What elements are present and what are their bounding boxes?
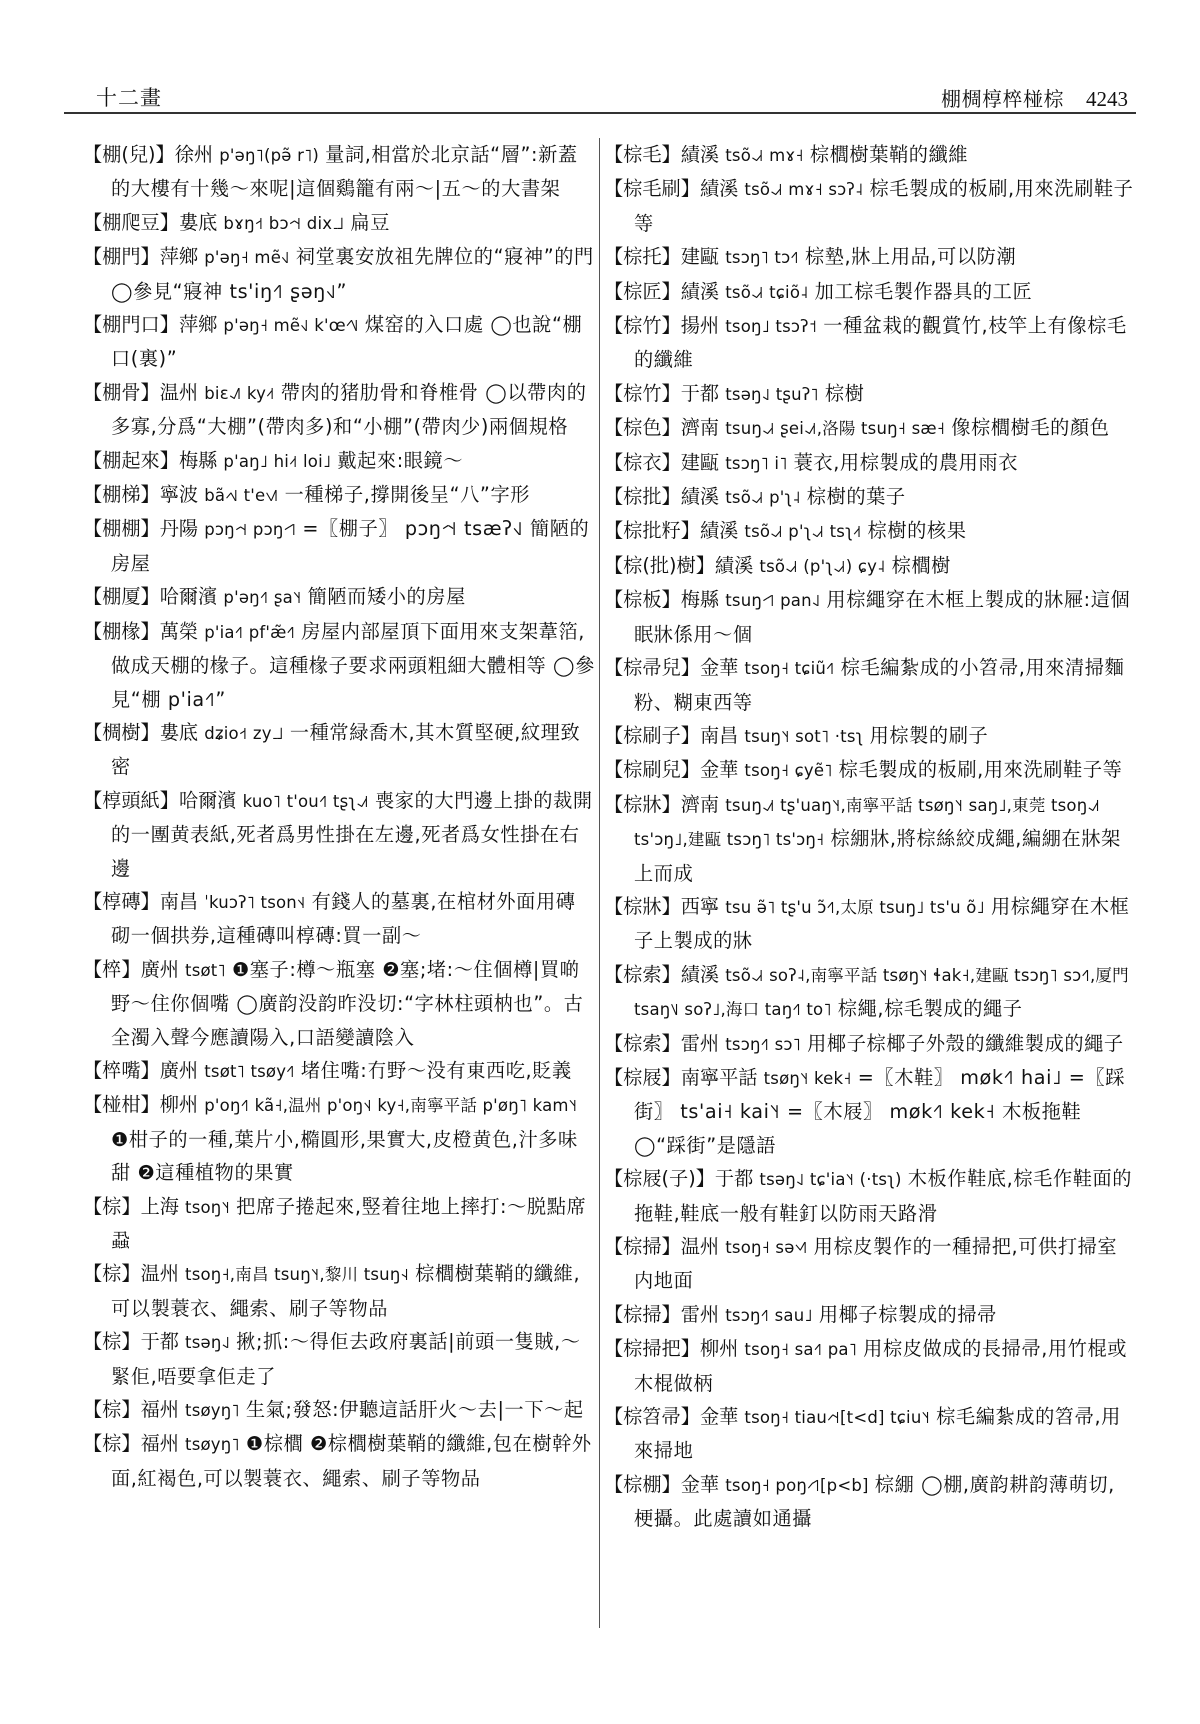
dictionary-entry: 【棕匠】績溪 tsõ˨˩˧ tɕiõ˨ 加工棕毛製作器具的工匠	[604, 275, 1134, 309]
entry-headword: 【棕板】	[604, 588, 681, 611]
entry-pronunciation: tsɔŋ˧˥ sɔ˥	[725, 1035, 801, 1054]
dictionary-entry: 【棕棚】金華 tsoŋ˧ poŋ˨˦˥[p<b] 棕綳 ◯棚,廣韵耕韵薄萌切,梗…	[604, 1468, 1134, 1536]
entry-place: 績溪	[681, 963, 719, 986]
entry-headword: 【棕牀】	[604, 793, 681, 816]
entry-place: 萍鄉	[160, 245, 198, 268]
dictionary-entry: 【棚厦】哈爾濱 p'əŋ˧˥ ʂa˥˧ 簡陋而矮小的房屋	[83, 580, 595, 614]
entry-headword: 【棚(兒)】	[83, 143, 175, 166]
entry-definition: 揪;抓:～得佢去政府裏話|前頭一隻賊,～緊佢,唔要拿佢走了	[111, 1330, 581, 1387]
dictionary-entry: 【棕】福州 tsøyŋ˥ ❶棕櫚 ❷棕櫚樹葉鞘的纖維,包在樹幹外面,紅褐色,可以…	[83, 1427, 595, 1495]
entry-pronunciation: tsoŋ˧ sə˦˨˥	[725, 1238, 807, 1257]
dictionary-entry: 【棕毛】績溪 tsõ˨˩˧ mɤ˧ 棕櫚樹葉鞘的纖維	[604, 138, 1134, 172]
entry-pronunciation: tsøt˥ tsøy˧˥	[204, 1062, 294, 1081]
entry-place: 上海	[141, 1195, 179, 1218]
entry-definition: 棕樹	[825, 382, 865, 405]
entry-place: 金華	[681, 1473, 719, 1496]
dictionary-entry: 【棕索】績溪 tsõ˨˩˧ soʔ˨,南寧平話 tsøŋ˥˧ ɬak˧,建甌 t…	[604, 958, 1134, 1027]
entry-place: 金華	[700, 758, 738, 781]
entry-place: 雷州	[681, 1032, 719, 1055]
entry-definition: 把席子捲起來,竪着往地上摔打:～脱點席蝨	[111, 1195, 586, 1252]
entry-pronunciation: dʑio˧˦ zy˩˩	[204, 724, 283, 743]
entry-headword: 【棕批】	[604, 485, 681, 508]
entry-definition: 棕樹的核果	[868, 519, 967, 542]
entry-pronunciation: tsoŋ˩ tsɔʔ˦	[725, 317, 817, 336]
entry-pronunciation: tsu ə̃˥ tʂ'u ɔ̃˧˥,太原 tsuŋ˩ ts'u õ˩	[725, 898, 985, 917]
entry-headword: 【棚梯】	[83, 483, 160, 506]
entry-place: 績溪	[681, 485, 719, 508]
entry-definition: 一種梯子,撐開後呈“八”字形	[285, 483, 530, 506]
dictionary-entry: 【棕掃】雷州 tsɔŋ˧˥ sau˩ 用椰子棕製成的掃帚	[604, 1298, 1134, 1332]
entry-place: 建甌	[681, 245, 719, 268]
dictionary-entry: 【棕牀】濟南 tsuŋ˨˩˦ tʂ'uaŋ˥˧,南寧平話 tsøŋ˥˧ saŋ˩…	[604, 788, 1134, 890]
entry-definition: ❶棕櫚 ❷棕櫚樹葉鞘的纖維,包在樹幹外面,紅褐色,可以製蓑衣、繩索、刷子等物品	[111, 1432, 592, 1489]
entry-headword: 【椊】	[83, 958, 141, 981]
entry-headword: 【棕屐(子)】	[604, 1167, 715, 1190]
entry-place: 福州	[141, 1398, 179, 1421]
entry-headword: 【棕掃把】	[604, 1337, 700, 1360]
entry-place: 于都	[681, 382, 719, 405]
entry-pronunciation: tsoŋ˧ ɕyẽ˥	[744, 761, 832, 780]
dictionary-entry: 【棕笤帚】金華 tsoŋ˧ tiau˨˦˧[t<d] tɕiu˥˧ 棕毛編紮成的…	[604, 1400, 1134, 1468]
dictionary-entry: 【棕批籽】績溪 tsõ˨˩˧ p'ʅ˨˩˧ tsʅ˨˦ 棕樹的核果	[604, 514, 1134, 548]
entry-headword: 【椪柑】	[83, 1093, 160, 1116]
entry-pronunciation: pɔŋ˧˦˧ pɔŋ˧˦˥	[204, 520, 296, 539]
header-characters: 棚椆椁椊椪棕	[941, 83, 1064, 112]
entry-pronunciation: tsɔŋ˧˥ sau˩	[725, 1306, 812, 1325]
entry-definition: ❶柑子的一種,葉片小,橢圓形,果實大,皮橙黄色,汁多味甜 ❷這種植物的果實	[111, 1128, 578, 1184]
entry-place: 温州	[681, 1235, 719, 1258]
entry-pronunciation: tsøyŋ˥	[185, 1401, 240, 1420]
dictionary-entry: 【棕竹】于都 tsəŋ˨˩ tʂuʔ˥ 棕樹	[604, 377, 1134, 411]
dictionary-entry: 【棕屐(子)】于都 tsəŋ˨˩ tɕ'ia˥˧ (·tsʅ) 木板作鞋底,棕毛…	[604, 1162, 1134, 1230]
entry-headword: 【棕】	[83, 1195, 141, 1218]
entry-definition: 棕櫚樹	[892, 554, 951, 577]
entry-pronunciation: bɤŋ˧˦ bɔ˧˦˧ dix˩˩	[223, 214, 344, 233]
entry-headword: 【棕色】	[604, 416, 681, 439]
entry-place: 濟南	[681, 416, 719, 439]
entry-pronunciation: tsɔŋ˥ i˥	[725, 454, 787, 473]
entry-pronunciation: tsøyŋ˥	[185, 1435, 240, 1454]
entry-definition: 用棕製的刷子	[870, 724, 989, 747]
entry-place: 柳州	[700, 1337, 738, 1360]
entry-pronunciation: tsɔŋ˥ tɔ˧˥	[725, 248, 799, 267]
dictionary-entry: 【椁頭紙】哈爾濱 kuo˥ t'ou˧˥ tʂʅ˨˩˦ 喪家的大門邊上掛的裁開的…	[83, 784, 595, 885]
entry-headword: 【棕刷子】	[604, 724, 700, 747]
dictionary-entry: 【棕托】建甌 tsɔŋ˥ tɔ˧˥ 棕墊,牀上用品,可以防潮	[604, 240, 1134, 274]
entry-headword: 【棕屐】	[604, 1066, 681, 1089]
dictionary-entry: 【棚梯】寧波 bã˨˦˩ t'e˦˩˥ 一種梯子,撐開後呈“八”字形	[83, 478, 595, 512]
entry-place: 丹陽	[160, 517, 198, 540]
entry-place: 于都	[141, 1330, 179, 1353]
entry-place: 南昌	[160, 890, 198, 913]
dictionary-entry: 【棚椽】萬榮 p'ia˧˥ pf'æ̃˧˥ 房屋内部屋頂下面用來支架葦箔,做成天…	[83, 615, 595, 716]
entry-headword: 【棕掃】	[604, 1235, 681, 1258]
entry-headword: 【棕】	[83, 1262, 141, 1285]
entry-pronunciation: biɛ˨˩˥ ky˨˦	[204, 384, 274, 403]
entry-headword: 【棕(批)樹】	[604, 554, 715, 577]
entry-pronunciation: p'əŋ˧˥ ʂa˥˧	[223, 588, 301, 607]
entry-definition: 用椰子棕椰子外殼的纖維製成的繩子	[807, 1032, 1124, 1055]
entry-pronunciation: p'ia˧˥ pf'æ̃˧˥	[204, 623, 295, 642]
entry-pronunciation: tsəŋ˨˩ tɕ'ia˥˧ (·tsʅ)	[759, 1170, 901, 1189]
entry-definition: 簡陋而矮小的房屋	[308, 585, 466, 608]
entry-pronunciation: tsõ˨˩˧ (p'ʅ˨˩˧) ɕy˨	[759, 557, 885, 576]
dictionary-entry: 【棚棚】丹陽 pɔŋ˧˦˧ pɔŋ˧˦˥ =〖棚子〗 pɔŋ˧˦˧ tsæʔ˧˩…	[83, 512, 595, 580]
dictionary-entry: 【棕索】雷州 tsɔŋ˧˥ sɔ˥ 用椰子棕椰子外殼的纖維製成的繩子	[604, 1027, 1134, 1061]
entry-place: 建甌	[681, 451, 719, 474]
entry-headword: 【棕】	[83, 1432, 141, 1455]
section-label: 十二畫	[96, 82, 162, 112]
entry-place: 寧波	[160, 483, 198, 506]
dictionary-entry: 【椊】廣州 tsøt˥ ❶塞子:樽～瓶塞 ❷塞;堵:～住個樽|買啲野～住你個嘴 …	[83, 953, 595, 1054]
entry-place: 婁底	[160, 721, 198, 744]
page-number: 4243	[1086, 87, 1128, 112]
entry-headword: 【棕牀】	[604, 895, 681, 918]
dictionary-entry: 【椪柑】柳州 p'oŋ˧˥ kã˧,温州 p'oŋ˦˨ ky˧,南寧平話 p'ø…	[83, 1088, 595, 1189]
dictionary-entry: 【棚骨】温州 biɛ˨˩˥ ky˨˦ 帶肉的猪肋骨和脊椎骨 ◯以帶肉的多寡,分爲…	[83, 376, 595, 444]
entry-place: 萬榮	[160, 620, 198, 643]
entry-pronunciation: bã˨˦˩ t'e˦˩˥	[204, 486, 278, 505]
entry-headword: 【棕】	[83, 1398, 141, 1421]
dictionary-entry: 【棕】温州 tsoŋ˧,南昌 tsuŋ˥˧,黎川 tsuŋ˧˨ 棕櫚樹葉鞘的纖維…	[83, 1257, 595, 1325]
entry-definition: 蓑衣,用棕製成的農用雨衣	[794, 451, 1018, 474]
entry-pronunciation: tsoŋ˧ poŋ˨˦˥[p<b]	[725, 1476, 868, 1495]
dictionary-entry: 【棕】福州 tsøyŋ˥ 生氣;發怒:伊聽這話肝火～去|一下～起	[83, 1393, 595, 1427]
dictionary-entry: 【椆樹】婁底 dʑio˧˦ zy˩˩ 一種常緑喬木,其木質堅硬,紋理致密	[83, 716, 595, 784]
entry-place: 揚州	[681, 314, 719, 337]
dictionary-entry: 【棕屐】南寧平話 tsøŋ˥˧ kek˧ =〖木鞋〗 møk˧˥ hai˩ =〖…	[604, 1061, 1134, 1162]
entry-pronunciation: tsoŋ˧ tɕiũ˧˥	[744, 659, 834, 678]
dictionary-entry: 【棕衣】建甌 tsɔŋ˥ i˥ 蓑衣,用棕製成的農用雨衣	[604, 446, 1134, 480]
dictionary-entry: 【棕牀】西寧 tsu ə̃˥ tʂ'u ɔ̃˧˥,太原 tsuŋ˩ ts'u õ…	[604, 890, 1134, 958]
dictionary-entry: 【棕帚兒】金華 tsoŋ˧ tɕiũ˧˥ 棕毛編紮成的小笤帚,用來清掃麵粉、糊東…	[604, 651, 1134, 719]
entry-definition: 棕樹的葉子	[807, 485, 906, 508]
entry-pronunciation: tsoŋ˥˧	[185, 1198, 230, 1217]
entry-pronunciation: tsəŋ˨˩ tʂuʔ˥	[725, 385, 819, 404]
entry-headword: 【棕匠】	[604, 280, 681, 303]
entry-place: 温州	[141, 1262, 179, 1285]
dictionary-entry: 【棕】于都 tsəŋ˨˩ 揪;抓:～得佢去政府裏話|前頭一隻賊,～緊佢,唔要拿佢…	[83, 1325, 595, 1393]
entry-headword: 【椁磚】	[83, 890, 160, 913]
dictionary-entry: 【棕刷兒】金華 tsoŋ˧ ɕyẽ˥ 棕毛製成的板刷,用來洗刷鞋子等	[604, 753, 1134, 787]
entry-pronunciation: tsøt˥	[185, 961, 226, 980]
entry-pronunciation: tsøŋ˥˧ kek˧	[764, 1069, 852, 1088]
entry-definition: 加工棕毛製作器具的工匠	[815, 280, 1033, 303]
entry-pronunciation: tsoŋ˧ tiau˨˦˧[t<d] tɕiu˥˧	[744, 1408, 930, 1427]
entry-place: 温州	[160, 381, 198, 404]
dictionary-entry: 【棕刷子】南昌 tsuŋ˥˧ sot˥ ·tsʅ 用棕製的刷子	[604, 719, 1134, 753]
entry-place: 哈爾濱	[179, 789, 237, 812]
entry-headword: 【棕衣】	[604, 451, 681, 474]
entry-headword: 【棚起來】	[83, 449, 179, 472]
entry-place: 雷州	[681, 1303, 719, 1326]
dictionary-entry: 【棕色】濟南 tsuŋ˨˩˧ ʂei˨˩˦,洛陽 tsuŋ˧ sæ˧ 像棕櫚樹毛…	[604, 411, 1134, 445]
column-divider	[599, 138, 600, 1628]
entry-place: 梅縣	[681, 588, 719, 611]
dictionary-entry: 【椁磚】南昌 ˈkuɔʔ˥ tson˦˨ 有錢人的墓裏,在棺材外面用磚砌一個拱券…	[83, 885, 595, 953]
dictionary-entry: 【棕(批)樹】績溪 tsõ˨˩˧ (p'ʅ˨˩˧) ɕy˨ 棕櫚樹	[604, 549, 1134, 583]
entry-place: 廣州	[141, 958, 179, 981]
entry-definition: 棕墊,牀上用品,可以防潮	[805, 245, 1016, 268]
entry-place: 哈爾濱	[160, 585, 218, 608]
entry-headword: 【棕毛刷】	[604, 177, 700, 200]
entry-headword: 【棕】	[83, 1330, 141, 1353]
entry-pronunciation: ˈkuɔʔ˥ tson˦˨	[204, 893, 305, 912]
entry-headword: 【棚爬豆】	[83, 211, 179, 234]
entry-headword: 【棕批籽】	[604, 519, 700, 542]
header-rule	[64, 112, 1136, 114]
entry-place: 金華	[700, 656, 738, 679]
entry-definition: 像棕櫚樹毛的顏色	[951, 416, 1109, 439]
entry-headword: 【棕刷兒】	[604, 758, 700, 781]
dictionary-entry: 【棕竹】揚州 tsoŋ˩ tsɔʔ˦ 一種盆栽的觀賞竹,枝竿上有像棕毛的纖維	[604, 309, 1134, 377]
entry-pronunciation: kuo˥ t'ou˧˥ tʂʅ˨˩˦	[243, 792, 369, 811]
entry-place: 績溪	[700, 519, 738, 542]
entry-place: 廣州	[160, 1059, 198, 1082]
right-column: 【棕毛】績溪 tsõ˨˩˧ mɤ˧ 棕櫚樹葉鞘的纖維【棕毛刷】績溪 tsõ˨˩˧…	[604, 138, 1134, 1536]
entry-place: 績溪	[715, 554, 753, 577]
entry-pronunciation: p'əŋ˧ mẽ˧˩ k'œ˧˥˩	[223, 316, 358, 335]
entry-headword: 【棕笤帚】	[604, 1405, 700, 1428]
entry-pronunciation: tsəŋ˨˩	[185, 1333, 230, 1352]
entry-pronunciation: p'əŋ˧ mẽ˧˩	[204, 248, 289, 267]
entry-headword: 【棕托】	[604, 245, 681, 268]
entry-place: 徐州	[175, 143, 213, 166]
dictionary-entry: 【棚門】萍鄉 p'əŋ˧ mẽ˧˩ 祠堂裏安放祖先牌位的“寢神”的門 ◯參見“寢…	[83, 240, 595, 308]
entry-pronunciation: tsoŋ˧ sa˧˥ pa˥	[744, 1340, 857, 1359]
entry-headword: 【棕毛】	[604, 143, 681, 166]
entry-place: 婁底	[179, 211, 217, 234]
dictionary-entry: 【棕掃】温州 tsoŋ˧ sə˦˨˥ 用棕皮製作的一種掃把,可供打掃室内地面	[604, 1230, 1134, 1298]
entry-definition: 堵住嘴:冇野～没有東西吃,貶義	[301, 1059, 572, 1082]
entry-pronunciation: tsõ˨˩˧ mɤ˧	[725, 146, 804, 165]
dictionary-entry: 【棕】上海 tsoŋ˥˧ 把席子捲起來,竪着往地上摔打:～脱點席蝨	[83, 1190, 595, 1258]
entry-place: 柳州	[160, 1093, 198, 1116]
entry-pronunciation: tsõ˨˩˧ mɤ˧ sɔʔ˨	[744, 180, 863, 199]
entry-pronunciation: p'oŋ˧˥ kã˧,温州 p'oŋ˦˨ ky˧,南寧平話 p'øŋ˥ kam˥…	[204, 1096, 577, 1115]
entry-headword: 【棚椽】	[83, 620, 160, 643]
dictionary-entry: 【椊嘴】廣州 tsøt˥ tsøy˧˥ 堵住嘴:冇野～没有東西吃,貶義	[83, 1054, 595, 1088]
entry-pronunciation: tsoŋ˧,南昌 tsuŋ˥˧,黎川 tsuŋ˧˨	[185, 1265, 409, 1284]
entry-definition: 用椰子棕製成的掃帚	[819, 1303, 997, 1326]
dictionary-entry: 【棚門口】萍鄉 p'əŋ˧ mẽ˧˩ k'œ˧˥˩ 煤窑的入口處 ◯也說“棚口(…	[83, 308, 595, 376]
entry-place: 西寧	[681, 895, 719, 918]
entry-definition: 扁豆	[350, 211, 390, 234]
dictionary-entry: 【棕毛刷】績溪 tsõ˨˩˧ mɤ˧ sɔʔ˨ 棕毛製成的板刷,用來洗刷鞋子等	[604, 172, 1134, 240]
dictionary-entry: 【棚爬豆】婁底 bɤŋ˧˦ bɔ˧˦˧ dix˩˩ 扁豆	[83, 206, 595, 240]
entry-pronunciation: tsõ˨˩˧ p'ʅ˨	[725, 488, 800, 507]
entry-headword: 【棕竹】	[604, 314, 681, 337]
entry-headword: 【椁頭紙】	[83, 789, 179, 812]
entry-headword: 【棕索】	[604, 1032, 681, 1055]
entry-headword: 【椊嘴】	[83, 1059, 160, 1082]
entry-definition: 生氣;發怒:伊聽這話肝火～去|一下～起	[246, 1398, 584, 1421]
page-header: 十二畫 棚椆椁椊椪棕 4243	[96, 78, 1128, 112]
entry-pronunciation: p'əŋ˥(pə̃ r˥)	[219, 146, 319, 165]
entry-pronunciation: tsuŋ˥˧ sot˥ ·tsʅ	[744, 727, 863, 746]
entry-place: 南昌	[700, 724, 738, 747]
entry-place: 梅縣	[179, 449, 217, 472]
entry-headword: 【棚棚】	[83, 517, 160, 540]
entry-headword: 【棕帚兒】	[604, 656, 700, 679]
entry-headword: 【棕竹】	[604, 382, 681, 405]
entry-headword: 【棕掃】	[604, 1303, 681, 1326]
entry-headword: 【椆樹】	[83, 721, 160, 744]
dictionary-entry: 【棚(兒)】徐州 p'əŋ˥(pə̃ r˥) 量詞,相當於北京話“層”:新蓋的大…	[83, 138, 595, 206]
entry-place: 福州	[141, 1432, 179, 1455]
entry-definition: 棕繩,棕毛製成的繩子	[838, 997, 1023, 1020]
dictionary-entry: 【棕批】績溪 tsõ˨˩˧ p'ʅ˨ 棕樹的葉子	[604, 480, 1134, 514]
entry-headword: 【棕棚】	[604, 1473, 681, 1496]
left-column: 【棚(兒)】徐州 p'əŋ˥(pə̃ r˥) 量詞,相當於北京話“層”:新蓋的大…	[83, 138, 595, 1495]
entry-place: 于都	[715, 1167, 753, 1190]
entry-headword: 【棚厦】	[83, 585, 160, 608]
entry-headword: 【棚骨】	[83, 381, 160, 404]
dictionary-entry: 【棕掃把】柳州 tsoŋ˧ sa˧˥ pa˥ 用棕皮做成的長掃帚,用竹棍或木棍做…	[604, 1332, 1134, 1400]
entry-place: 績溪	[700, 177, 738, 200]
entry-pronunciation: p'aŋ˩ hi˨˦ loi˩	[223, 452, 331, 471]
entry-definition: ❶塞子:樽～瓶塞 ❷塞;堵:～住個樽|買啲野～住你個嘴 ◯廣韵没韵昨没切:“字林…	[111, 958, 583, 1049]
entry-headword: 【棕索】	[604, 963, 681, 986]
header-right: 棚椆椁椊椪棕 4243	[941, 83, 1128, 112]
entry-place: 金華	[700, 1405, 738, 1428]
entry-place: 績溪	[681, 143, 719, 166]
entry-definition: 戴起來:眼鏡～	[337, 449, 463, 472]
entry-pronunciation: tsuŋ˨˩˧ ʂei˨˩˦,洛陽 tsuŋ˧ sæ˧	[725, 419, 945, 438]
entry-pronunciation: tsõ˨˩˧ tɕiõ˨	[725, 283, 808, 302]
entry-definition: 棕櫚樹葉鞘的纖維	[810, 143, 968, 166]
entry-place: 南寧平話	[681, 1066, 758, 1089]
entry-pronunciation: tsuŋ˧˦˥ pan˨˩	[725, 591, 820, 610]
entry-definition: 棕毛製成的板刷,用來洗刷鞋子等	[839, 758, 1123, 781]
entry-pronunciation: tsõ˨˩˧ p'ʅ˨˩˧ tsʅ˨˦	[744, 522, 861, 541]
entry-headword: 【棚門】	[83, 245, 160, 268]
entry-place: 績溪	[681, 280, 719, 303]
dictionary-entry: 【棕板】梅縣 tsuŋ˧˦˥ pan˨˩ 用棕繩穿在木框上製成的牀屜:這個眠牀係…	[604, 583, 1134, 651]
entry-headword: 【棚門口】	[83, 313, 179, 336]
entry-place: 萍鄉	[179, 313, 217, 336]
entry-place: 濟南	[681, 793, 719, 816]
dictionary-entry: 【棚起來】梅縣 p'aŋ˩ hi˨˦ loi˩ 戴起來:眼鏡～	[83, 444, 595, 478]
